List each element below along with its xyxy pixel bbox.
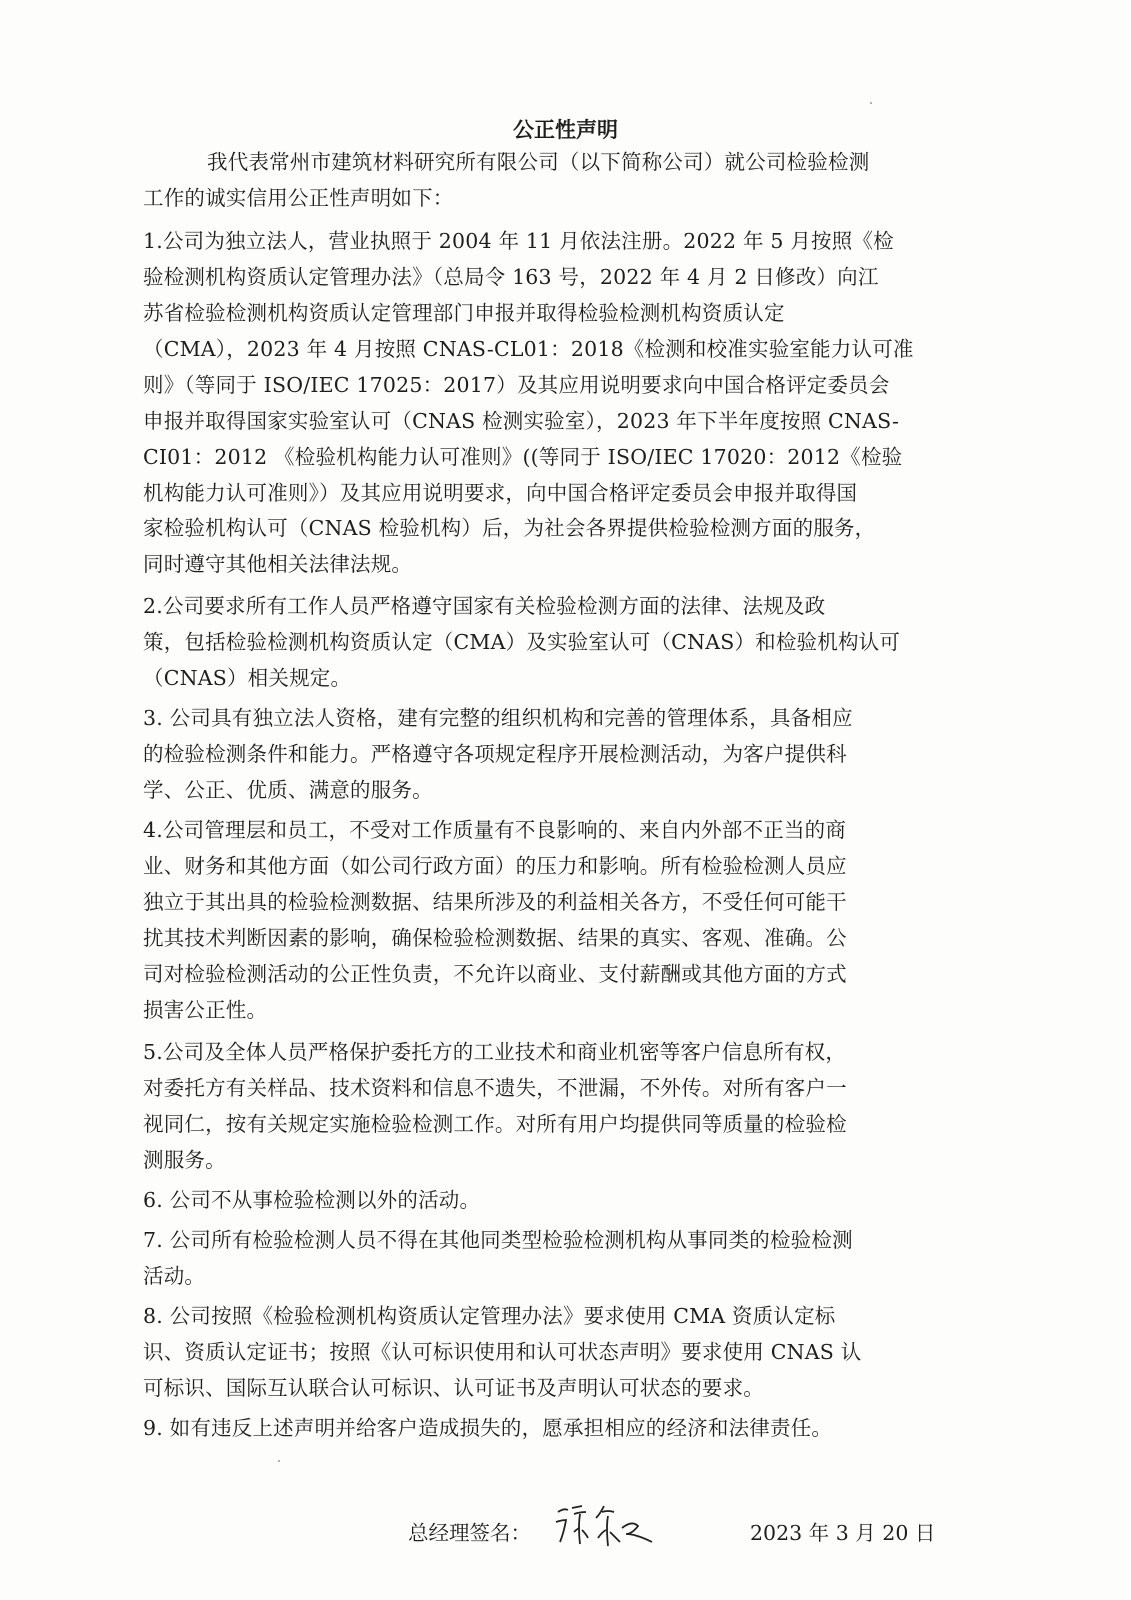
- declaration-line: 则》（等同于 ISO/IEC 17025：2017）及其应用说明要求向中国合格评…: [143, 373, 890, 397]
- declaration-line: （CNAS）相关规定。: [143, 666, 351, 690]
- declaration-line: 业、财务和其他方面（如公司行政方面）的压力和影响。所有检验检测人员应: [143, 854, 847, 878]
- declaration-line: 的检验检测条件和能力。严格遵守各项规定程序开展检测活动，为客户提供科: [143, 742, 847, 766]
- signature-date: 2023 年 3 月 20 日: [750, 1516, 935, 1546]
- declaration-line: 验检测机构资质认定管理办法》（总局令 163 号，2022 年 4 月 2 日修…: [143, 265, 879, 289]
- declaration-line: 学、公正、优质、满意的服务。: [143, 778, 433, 802]
- declaration-line: 司对检验检测活动的公正性负责，不允许以商业、支付薪酬或其他方面的方式: [143, 962, 847, 986]
- declaration-line: 可标识、国际互认联合认可标识、认可证书及声明认可状态的要求。: [143, 1376, 764, 1400]
- declaration-line: 苏省检验检测机构资质认定管理部门申报并取得检验检测机构资质认定: [143, 301, 785, 325]
- declaration-line: 扰其技术判断因素的影响，确保检验检测数据、结果的真实、客观、准确。公: [143, 926, 847, 950]
- declaration-line: 1.公司为独立法人，营业执照于 2004 年 11 月依法注册。2022 年 5…: [143, 229, 894, 253]
- signature-label: 总经理签名：: [408, 1516, 531, 1546]
- declaration-line: 独立于其出具的检验检测数据、结果所涉及的利益相关各方，不受任何可能干: [143, 890, 847, 914]
- declaration-line: 视同仁，按有关规定实施检验检测工作。对所有用户均提供同等质量的检验检: [143, 1112, 847, 1136]
- declaration-line: 活动。: [143, 1264, 205, 1288]
- scan-speck: [278, 1460, 280, 1462]
- declaration-line: 6. 公司不从事检验检测以外的活动。: [143, 1188, 480, 1212]
- declaration-line: 损害公正性。: [143, 998, 267, 1022]
- declaration-line: （CMA），2023 年 4 月按照 CNAS-CL01：2018《检测和校准实…: [143, 337, 914, 361]
- scan-speck: [870, 102, 872, 104]
- declaration-line: 2.公司要求所有工作人员严格遵守国家有关检验检测方面的法律、法规及政: [143, 594, 825, 618]
- handwritten-signature-icon: [552, 1498, 662, 1554]
- declaration-line: 8. 公司按照《检验检测机构资质认定管理办法》要求使用 CMA 资质认定标: [143, 1304, 836, 1328]
- document-title: 公正性声明: [0, 114, 1131, 144]
- declaration-line: 测服务。: [143, 1148, 226, 1172]
- declaration-line: 对委托方有关样品、技术资料和信息不遗失，不泄漏，不外传。对所有客户一: [143, 1076, 847, 1100]
- declaration-line: 同时遵守其他相关法律法规。: [143, 552, 412, 576]
- declaration-line: 识、资质认定证书；按照《认可标识使用和认可状态声明》要求使用 CNAS 认: [143, 1340, 861, 1364]
- declaration-line: 7. 公司所有检验检测人员不得在其他同类型检验检测机构从事同类的检验检测: [143, 1228, 853, 1252]
- declaration-line: 5.公司及全体人员严格保护委托方的工业技术和商业机密等客户信息所有权，: [143, 1040, 846, 1064]
- declaration-line: 家检验机构认可（CNAS 检验机构）后，为社会各界提供检验检测方面的服务，: [143, 516, 875, 540]
- declaration-line: 工作的诚实信用公正性声明如下：: [143, 186, 454, 210]
- declaration-line: 我代表常州市建筑材料研究所有限公司（以下简称公司）就公司检验检测: [207, 150, 869, 174]
- declaration-line: CI01：2012 《检验机构能力认可准则》((等同于 ISO/IEC 1702…: [143, 445, 902, 469]
- declaration-line: 3. 公司具有独立法人资格，建有完整的组织机构和完善的管理体系，具备相应: [143, 706, 853, 730]
- declaration-line: 机构能力认可准则》）及其应用说明要求，向中国合格评定委员会申报并取得国: [143, 481, 857, 505]
- declaration-line: 9. 如有违反上述声明并给客户造成损失的，愿承担相应的经济和法律责任。: [143, 1416, 832, 1440]
- declaration-line: 4.公司管理层和员工，不受对工作质量有不良影响的、来自内外部不正当的商: [143, 818, 846, 842]
- declaration-line: 申报并取得国家实验室认可（CNAS 检测实验室），2023 年下半年度按照 CN…: [143, 409, 899, 433]
- declaration-line: 策，包括检验检测机构资质认定（CMA）及实验室认可（CNAS）和检验机构认可: [143, 630, 900, 654]
